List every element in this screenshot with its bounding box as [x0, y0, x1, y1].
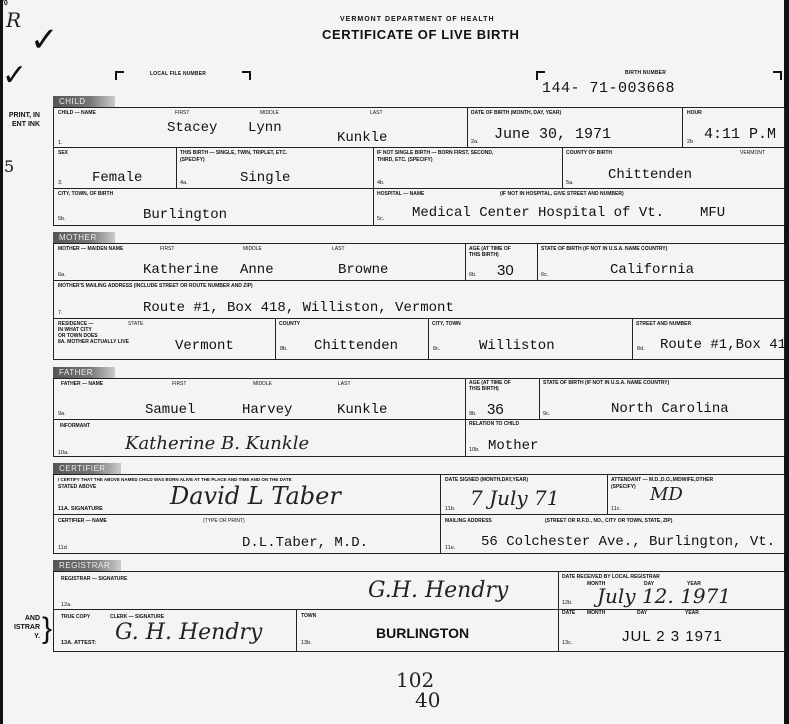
child-first-name: Stacey: [167, 120, 217, 136]
divider: [53, 419, 785, 420]
field-number: 8b.: [280, 346, 288, 352]
date-received-label: DATE RECEIVED BY LOCAL REGISTRAR: [562, 574, 660, 580]
this-birth-value: Single: [240, 170, 290, 186]
residence-town-label: CITY, TOWN: [432, 321, 461, 327]
divider: [53, 147, 785, 148]
field-number: 13b.: [301, 640, 312, 646]
field-number: 6a.: [58, 272, 66, 278]
field-number: 1.: [58, 140, 63, 146]
attendant-specify: (SPECIFY): [611, 484, 636, 490]
divider: [537, 243, 538, 280]
margin-instruction-2: ENT INK: [2, 121, 40, 128]
field-number: 2b: [687, 139, 693, 145]
mother-birth-state-label: STATE OF BIRTH (IF NOT IN U.S.A. NAME CO…: [541, 246, 667, 252]
hour-label: HOUR: [687, 110, 702, 116]
local-file-number-label: LOCAL FILE NUMBER: [150, 71, 206, 77]
field-number: 13c.: [562, 640, 572, 646]
divider: [632, 318, 633, 360]
father-first-name: Samuel: [145, 402, 195, 418]
divider: [275, 318, 276, 360]
date-signed-label: DATE SIGNED (MONTH,DAY,YEAR): [445, 477, 528, 483]
divider: [558, 571, 559, 652]
child-first-label: FIRST: [175, 110, 189, 116]
date-received: July 12. 1971: [597, 584, 731, 608]
field-number: 6b.: [469, 272, 477, 278]
hour-of-birth: 4:11 P.M: [704, 126, 776, 143]
relation-label: RELATION TO CHILD: [469, 421, 519, 427]
field-number: 10a.: [58, 450, 69, 456]
hospital-code: MFU: [700, 205, 725, 221]
date-year-label: YEAR: [685, 610, 699, 616]
attendant-label: ATTENDANT — M.D.,D.O.,MIDWIFE,OTHER: [611, 477, 713, 483]
father-middle-label: MIDDLE: [253, 381, 272, 387]
divider: [440, 474, 441, 554]
mother-first-name: Katherine: [143, 262, 219, 278]
brace: }: [42, 612, 52, 646]
divider: [607, 474, 608, 514]
field-number: 11e.: [445, 545, 455, 551]
certifier-mailing-address: 56 Colchester Ave., Burlington, Vt.: [481, 534, 775, 550]
divider: [53, 514, 785, 515]
date-month-label: MONTH: [587, 610, 605, 616]
divider: [682, 107, 683, 147]
divider: [296, 609, 297, 652]
field-number: 10b.: [469, 447, 480, 453]
divider: [539, 378, 540, 419]
margin-top-note: 70: [0, 0, 8, 7]
county-of-birth: Chittenden: [608, 167, 692, 183]
check-mark-icon: ✓: [2, 58, 27, 93]
town-stamp: BURLINGTON: [376, 625, 469, 641]
certifier-name: D.L.Taber, M.D.: [242, 535, 368, 551]
residence-state: Vermont: [175, 338, 234, 354]
father-middle-name: Harvey: [242, 402, 292, 418]
field-number: 6c.: [541, 272, 548, 278]
father-first-label: FIRST: [172, 381, 186, 387]
mother-birth-state: California: [610, 262, 694, 278]
divider: [53, 609, 785, 610]
city-of-birth-label: CITY, TOWN, OF BIRTH: [58, 191, 113, 197]
mother-mailing-label: MOTHER'S MAILING ADDRESS (INCLUDE STREET…: [58, 283, 253, 289]
father-last-name: Kunkle: [337, 402, 387, 418]
father-birth-state-label: STATE OF BIRTH (IF NOT IN U.S.A. NAME CO…: [543, 380, 669, 386]
date-stamp: JUL 2 3 1971: [622, 628, 723, 645]
residence-street-label: STREET AND NUMBER: [636, 321, 691, 327]
father-name-label: FATHER — NAME: [61, 381, 103, 387]
registrar-signature: G.H. Hendry: [368, 578, 508, 603]
child-name-label: CHILD — NAME: [58, 110, 96, 116]
this-birth-label: THIS BIRTH — SINGLE, TWIN, TRIPLET, ETC.: [180, 150, 287, 156]
city-of-birth: Burlington: [143, 207, 227, 223]
child-middle-name: Lynn: [248, 120, 282, 136]
child-middle-label: MIDDLE: [260, 110, 279, 116]
birth-number-label: BIRTH NUMBER: [625, 70, 666, 76]
informant-label: INFORMANT: [60, 423, 90, 429]
check-mark-icon: ✓: [30, 20, 59, 60]
mother-middle-label: MIDDLE: [243, 246, 262, 252]
mother-first-label: FIRST: [160, 246, 174, 252]
county-of-birth-label: COUNTY OF BIRTH: [566, 150, 612, 156]
margin-instruction-1: PRINT, IN: [2, 112, 40, 119]
footer-note-2: 40: [415, 688, 440, 712]
divider: [176, 147, 177, 188]
father-last-label: LAST: [338, 381, 351, 387]
hospital-label: HOSPITAL — NAME: [377, 191, 424, 197]
divider: [53, 318, 785, 319]
field-number: 11b.: [445, 506, 455, 512]
certify-statement-2: STATED ABOVE: [58, 484, 96, 490]
mother-last-name: Browne: [338, 262, 388, 278]
state-label: STATE: [128, 321, 143, 327]
mother-last-label: LAST: [332, 246, 345, 252]
not-single-label: IF NOT SINGLE BIRTH — BORN FIRST, SECOND…: [377, 150, 493, 156]
field-number: 7.: [58, 310, 63, 316]
field-number: 5b.: [58, 216, 66, 222]
residence-county-label: COUNTY: [279, 321, 300, 327]
corner-bracket: [115, 71, 124, 80]
residence-label-4: 8a. MOTHER ACTUALLY LIVE: [58, 339, 129, 345]
clerk-signature: G. H. Hendry: [115, 620, 262, 645]
field-number: 11d: [58, 545, 67, 551]
field-number: 5a.: [566, 180, 574, 186]
field-number: 8c.: [433, 346, 440, 352]
mother-age: 30: [497, 262, 514, 279]
field-number: 11c.: [611, 506, 621, 512]
field-number: 8d.: [637, 346, 645, 352]
document-title: CERTIFICATE OF LIVE BIRTH: [322, 27, 519, 42]
field-number: 2a.: [471, 139, 479, 145]
child-sex: Female: [92, 170, 142, 186]
field-number: 9c.: [543, 411, 550, 417]
date-signed: 7 July 71: [470, 486, 559, 510]
dob-label: DATE OF BIRTH (MONTH, DAY, YEAR): [471, 110, 561, 116]
corner-bracket: [242, 71, 251, 80]
divider: [53, 188, 785, 189]
margin-bottom-3: Y.: [2, 633, 40, 640]
divider: [465, 243, 466, 280]
divider: [467, 107, 468, 147]
town-label: TOWN: [301, 613, 316, 619]
date-label: DATE: [562, 610, 575, 616]
corner-bracket: [536, 71, 545, 80]
divider: [562, 147, 563, 188]
certifier-mailing-note: (STREET OR R.F.D., NO., CITY OR TOWN, ST…: [545, 518, 672, 524]
field-number: 12b.: [562, 600, 573, 606]
relation-to-child: Mother: [488, 438, 538, 454]
divider: [53, 280, 785, 281]
margin-bottom-1: AND: [2, 615, 40, 622]
attendant-type: MD: [650, 484, 683, 505]
certifier-signature: David L Taber: [170, 482, 341, 510]
child-last-label: LAST: [370, 110, 383, 116]
birth-number: 144- 71-003668: [542, 80, 675, 97]
hospital-name: Medical Center Hospital of Vt.: [412, 205, 664, 221]
residence-town: Williston: [479, 338, 555, 354]
informant-signature: Katherine B. Kunkle: [125, 433, 309, 454]
field-number: 9a.: [58, 411, 66, 417]
not-single-label-2: THIRD, ETC. (SPECIFY): [377, 157, 433, 163]
registrar-signature-label: REGISTRAR — SIGNATURE: [61, 576, 127, 582]
department-name: VERMONT DEPARTMENT OF HEALTH: [340, 16, 495, 23]
field-number: 3.: [58, 180, 63, 186]
divider: [428, 318, 429, 360]
date-of-birth: June 30, 1971: [494, 126, 611, 143]
hospital-note: (IF NOT IN HOSPITAL, GIVE STREET AND NUM…: [500, 191, 624, 197]
margin-initials: R: [6, 8, 21, 32]
mother-name-label: MOTHER — MAIDEN NAME: [58, 246, 123, 252]
county-state-label: VERMONT: [740, 150, 765, 156]
field-number: 5c.: [377, 216, 384, 222]
divider: [465, 378, 466, 457]
field-number: 9b.: [469, 411, 477, 417]
father-age: 36: [487, 401, 504, 418]
mother-age-label-2: THIS BIRTH): [469, 252, 499, 258]
father-birth-state: North Carolina: [611, 401, 729, 417]
true-copy-label: TRUE COPY: [61, 614, 90, 620]
field-number: 4a.: [180, 180, 188, 186]
corner-bracket: [773, 71, 782, 80]
field-number: 12a.: [61, 602, 72, 608]
mother-mailing-address: Route #1, Box 418, Williston, Vermont: [143, 300, 454, 316]
attest-label: 13a. ATTEST:: [61, 640, 96, 646]
signature-label: 11a. SIGNATURE: [58, 506, 103, 512]
this-birth-specify: (SPECIFY): [180, 157, 205, 163]
certifier-name-label: CERTIFIER — NAME: [58, 518, 107, 524]
residence-county: Chittenden: [314, 338, 398, 354]
father-age-label-2: THIS BIRTH): [469, 386, 499, 392]
field-number: 4b.: [377, 180, 385, 186]
residence-street: Route #1,Box 418: [660, 337, 784, 353]
sex-label: SEX: [58, 150, 68, 156]
mother-middle-name: Anne: [240, 262, 274, 278]
child-last-name: Kunkle: [337, 130, 387, 146]
margin-number: 5: [4, 157, 14, 176]
type-or-print-label: (TYPE OR PRINT): [203, 518, 245, 524]
certifier-mailing-label: MAILING ADDRESS: [445, 518, 492, 524]
margin-bottom-2: ISTRAR: [2, 624, 40, 631]
date-day-label: DAY: [637, 610, 647, 616]
divider: [373, 147, 374, 226]
